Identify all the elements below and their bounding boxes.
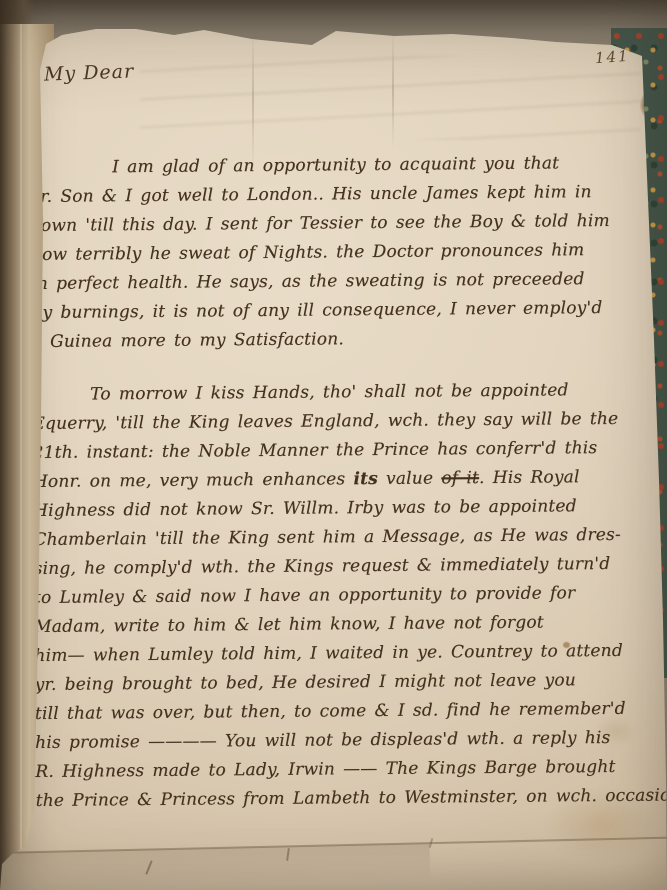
paper-crease [392, 32, 394, 148]
letter-paragraph-1: I am glad of an opportunity to acquaint … [30, 149, 655, 357]
verso-show-through [140, 56, 640, 140]
letter-paragraph-2: To morrow I kiss Hands, tho' shall not b… [32, 376, 659, 816]
inserted-word: its [353, 469, 378, 489]
manuscript-photo: 141 My Dear I am glad of an opportunity … [0, 0, 667, 890]
letter-line: the Prince & Princess from Lambeth to We… [36, 782, 659, 816]
page-number: 141 [594, 47, 630, 67]
letter-line: by burnings, it is not of any ill conseq… [31, 294, 654, 328]
letter-body: I am glad of an opportunity to acquaint … [30, 149, 659, 816]
salutation: My Dear [44, 60, 135, 85]
struck-word: of it [441, 468, 479, 488]
line-text: value [378, 468, 442, 489]
letter-page: 141 My Dear I am glad of an opportunity … [0, 0, 667, 890]
line-text: . His Royal [479, 467, 580, 488]
letter-line: a Guinea more to my Satisfaction. [32, 323, 655, 357]
paper-crease [252, 30, 254, 170]
letter-line: to Lumley & said now I have an opportuni… [34, 579, 657, 613]
line-text: Honr. on me, very much enhances [33, 469, 354, 492]
